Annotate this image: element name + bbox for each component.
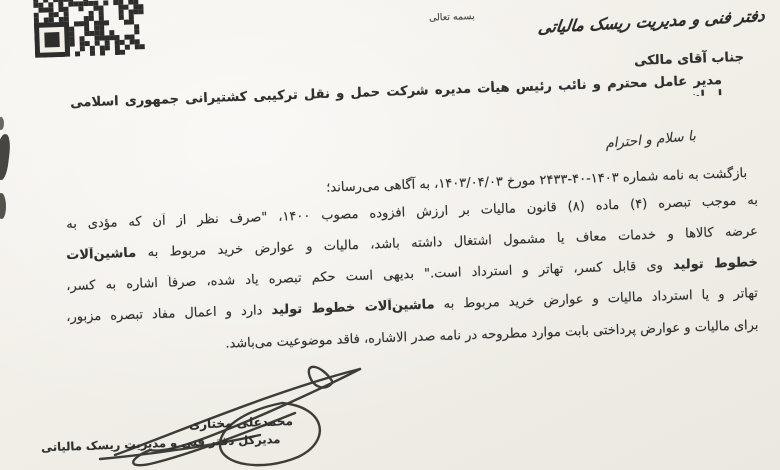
qr-code	[33, 0, 145, 58]
scan-edge-artifact	[0, 133, 12, 180]
text-segment: ماشین‌آلات	[66, 246, 136, 263]
besmellah-text: بسمه تعالی	[429, 11, 475, 24]
scanned-letter: دفتر فنی و مدیریت ریسک مالیاتی بسمه تعال…	[0, 0, 780, 470]
recipient-title-line: مدیر عامل محترم و نائب رئیس هیأت مدیره ش…	[70, 73, 722, 118]
text-segment: تهاتر و یا استرداد مالیات و عوارض خرید م…	[434, 286, 758, 312]
signature-flourish	[70, 353, 370, 470]
text-segment: ماشین‌آلات خطوط تولید	[271, 297, 435, 318]
scan-edge-artifact	[0, 193, 6, 219]
header-office-script: دفتر فنی و مدیریت ریسک مالیاتی	[537, 6, 766, 37]
body-line-reference: بازگشت به نامه شماره ۱۴۰۳-۴۰-۲۴۳۳ مورخ ۱…	[326, 166, 747, 196]
text-segment: خطوط تولید	[673, 255, 758, 273]
recipient-salutation: جناب آقای مالکی	[634, 50, 744, 69]
text-segment: به موجب تبصره (۴) ماده (۸) قانون مالیات …	[66, 193, 758, 232]
text-segment: بازگشت به نامه شماره ۱۴۰۳-۴۰-۲۴۳۳ مورخ ۱…	[326, 166, 747, 196]
handwritten-greeting: با سلام و احترام	[605, 128, 697, 152]
text-segment: دارد و اعمال مفاد تبصره مزبور،	[66, 303, 272, 325]
scan-edge-artifact	[0, 117, 4, 130]
